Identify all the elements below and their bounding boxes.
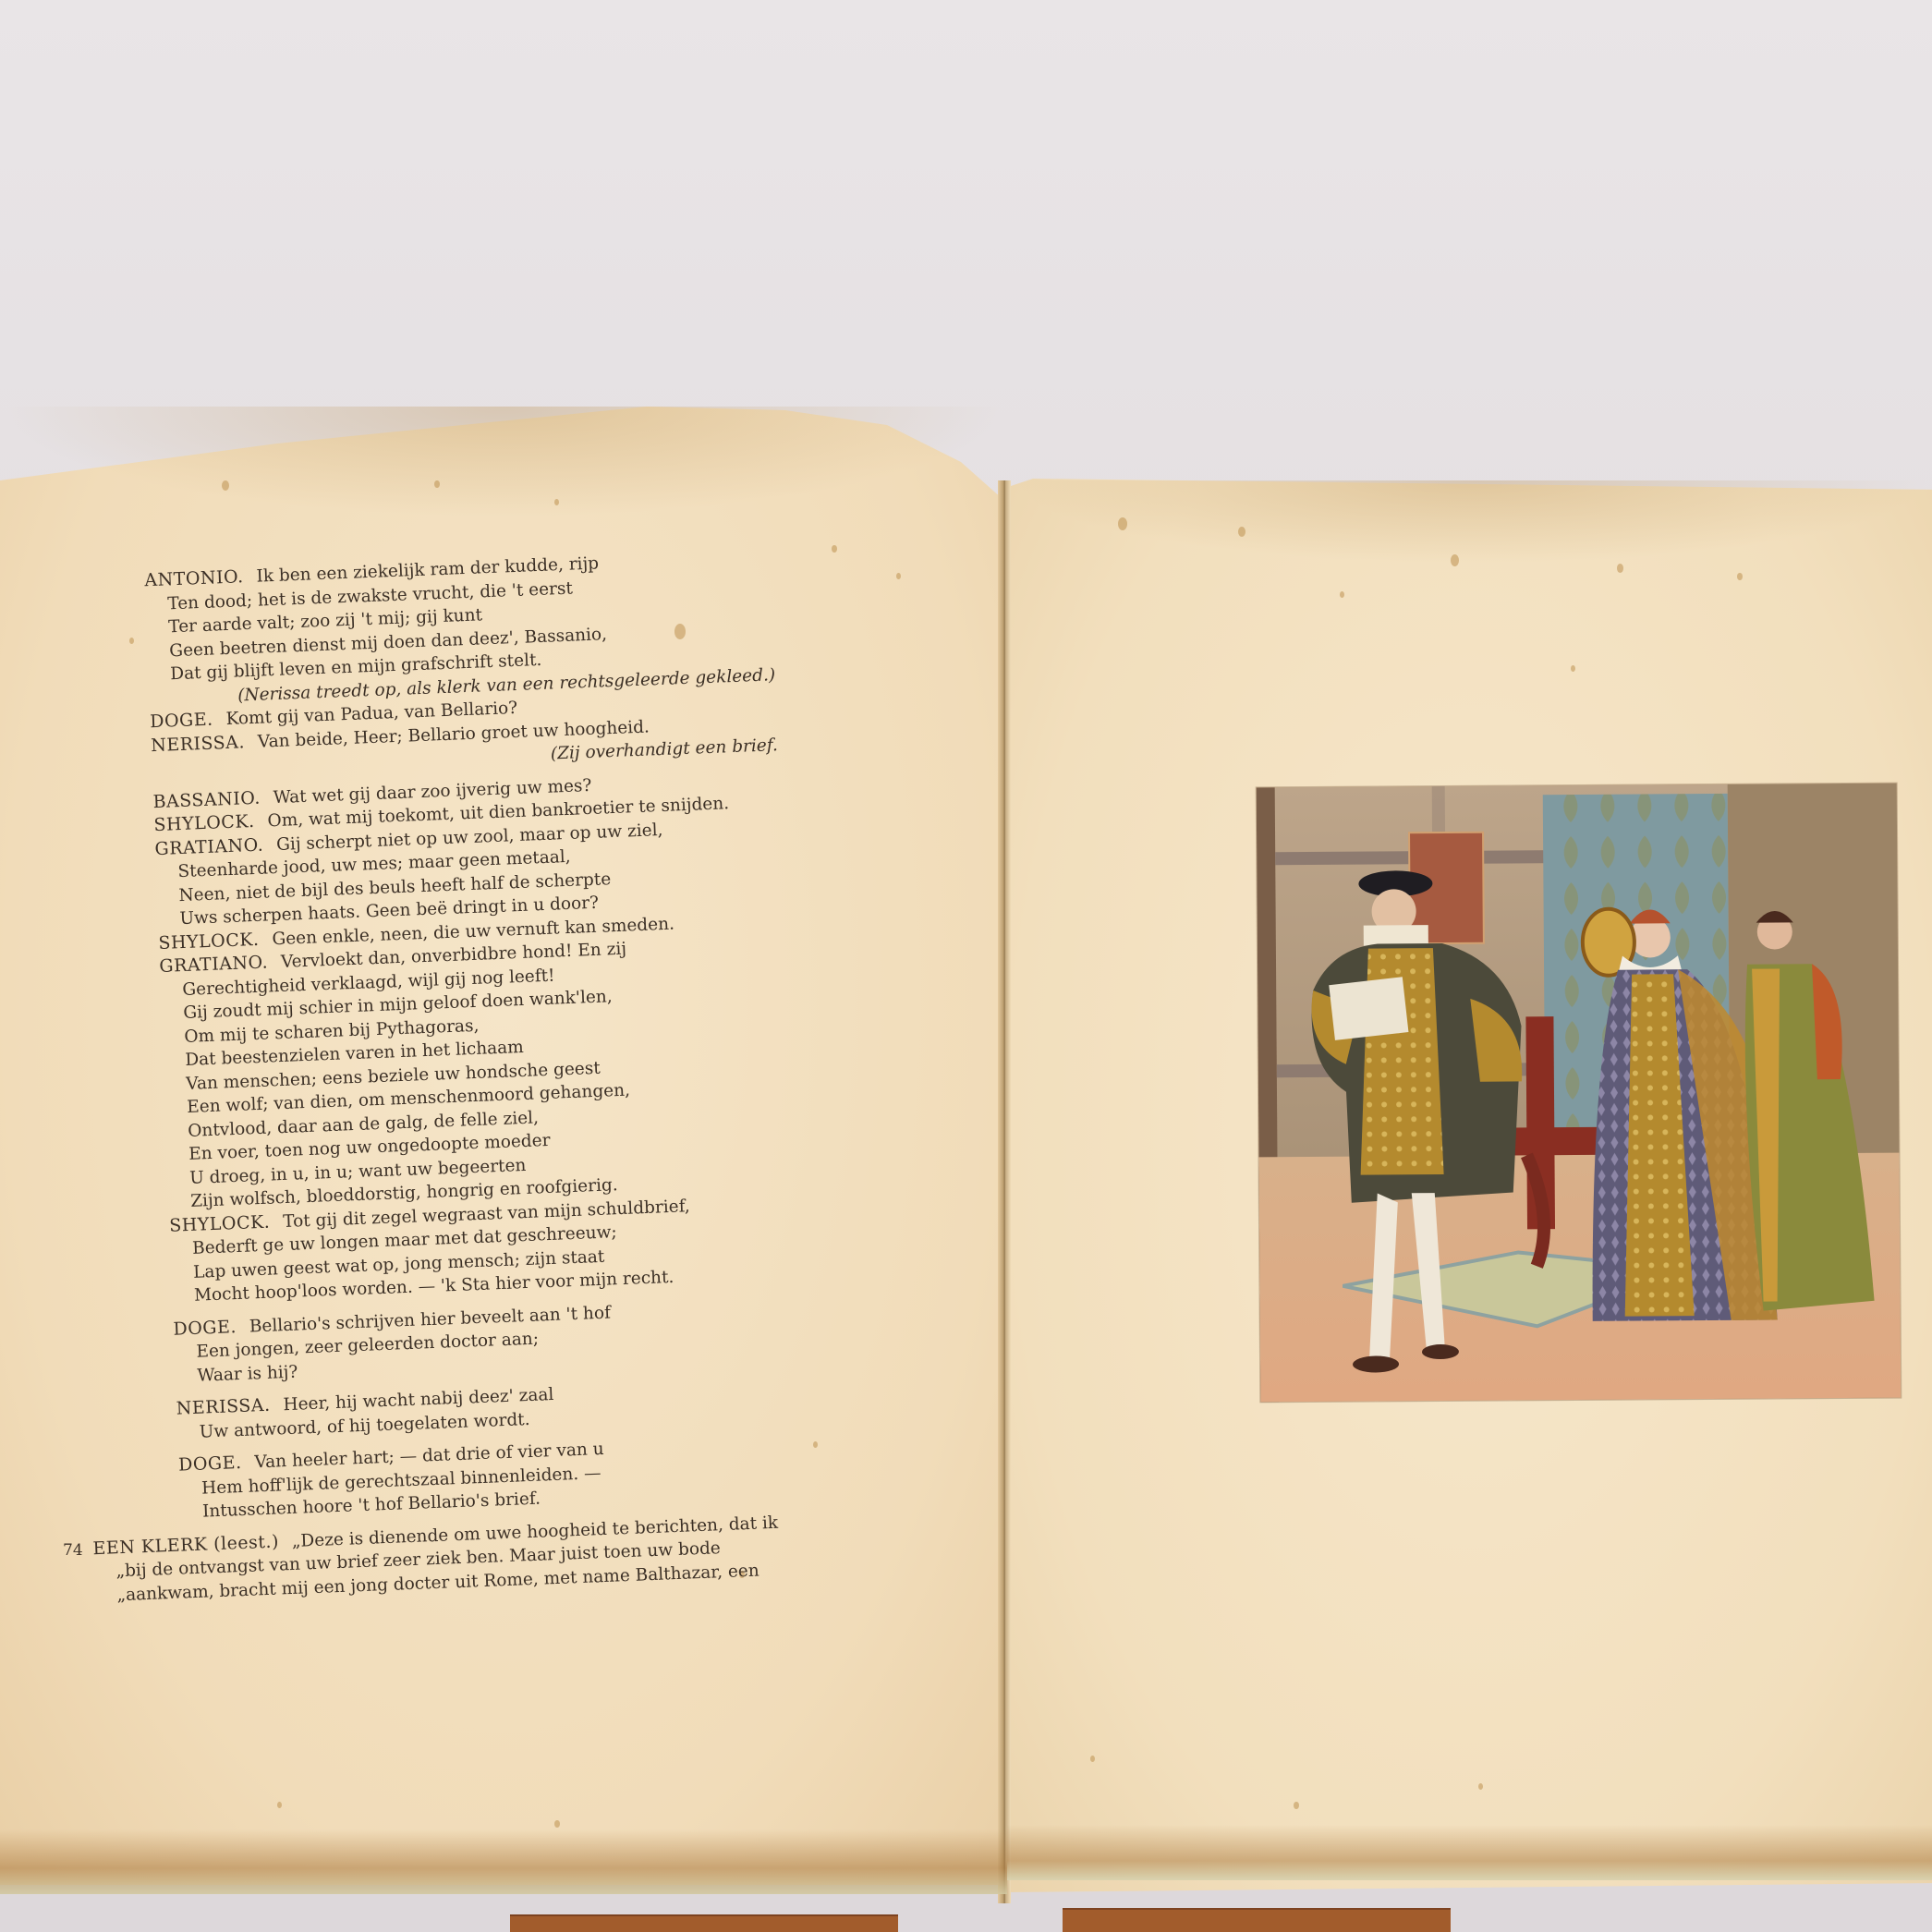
bottom-edge-stain-right <box>1007 1825 1932 1880</box>
foxing-spot <box>1451 554 1459 566</box>
foxing-spot <box>554 499 559 505</box>
binding-tape-right <box>1063 1908 1451 1932</box>
speaker-name: DOGE. <box>173 1317 237 1340</box>
foxing-spot <box>813 1441 818 1448</box>
foxing-spot <box>1478 1783 1483 1790</box>
binding-tape-left <box>510 1914 898 1932</box>
speaker-name: SHYLOCK. <box>169 1211 271 1235</box>
speaker-name: NERISSA. <box>151 732 246 756</box>
foxing-spot <box>1340 591 1344 598</box>
book-gutter <box>998 480 1011 1903</box>
speaker-name: ANTONIO. <box>144 566 244 590</box>
speaker-name: GRATIANO. <box>154 834 263 859</box>
illustration-scene <box>1257 784 1902 1403</box>
bottom-edge-stain-left <box>0 1829 1007 1894</box>
page-number: 74 <box>63 1541 83 1560</box>
speaker-name: BASSANIO. <box>152 787 261 811</box>
foxing-spot <box>277 1802 282 1808</box>
illustration-plate <box>1257 784 1902 1403</box>
foxing-spot <box>1090 1756 1095 1762</box>
speaker-name: SHYLOCK. <box>158 929 260 953</box>
foxing-spot <box>1617 564 1623 573</box>
speaker-name: GRATIANO. <box>159 952 268 977</box>
foxing-top-right <box>1012 480 1932 564</box>
speaker-name: SHYLOCK. <box>153 811 255 835</box>
speaker-name: NERISSA. <box>176 1395 271 1419</box>
dialogue-text: Waar is hij? <box>197 1362 298 1385</box>
speaker-name: DOGE. <box>150 710 213 733</box>
foxing-spot <box>1571 665 1575 672</box>
foxing-top-left <box>0 407 1007 517</box>
speaker-name: DOGE. <box>178 1452 242 1476</box>
play-text: ANTONIO.Ik ben een ziekelijk ram der kud… <box>55 545 815 1608</box>
foxing-spot <box>896 573 901 579</box>
foxing-spot <box>1118 517 1127 530</box>
